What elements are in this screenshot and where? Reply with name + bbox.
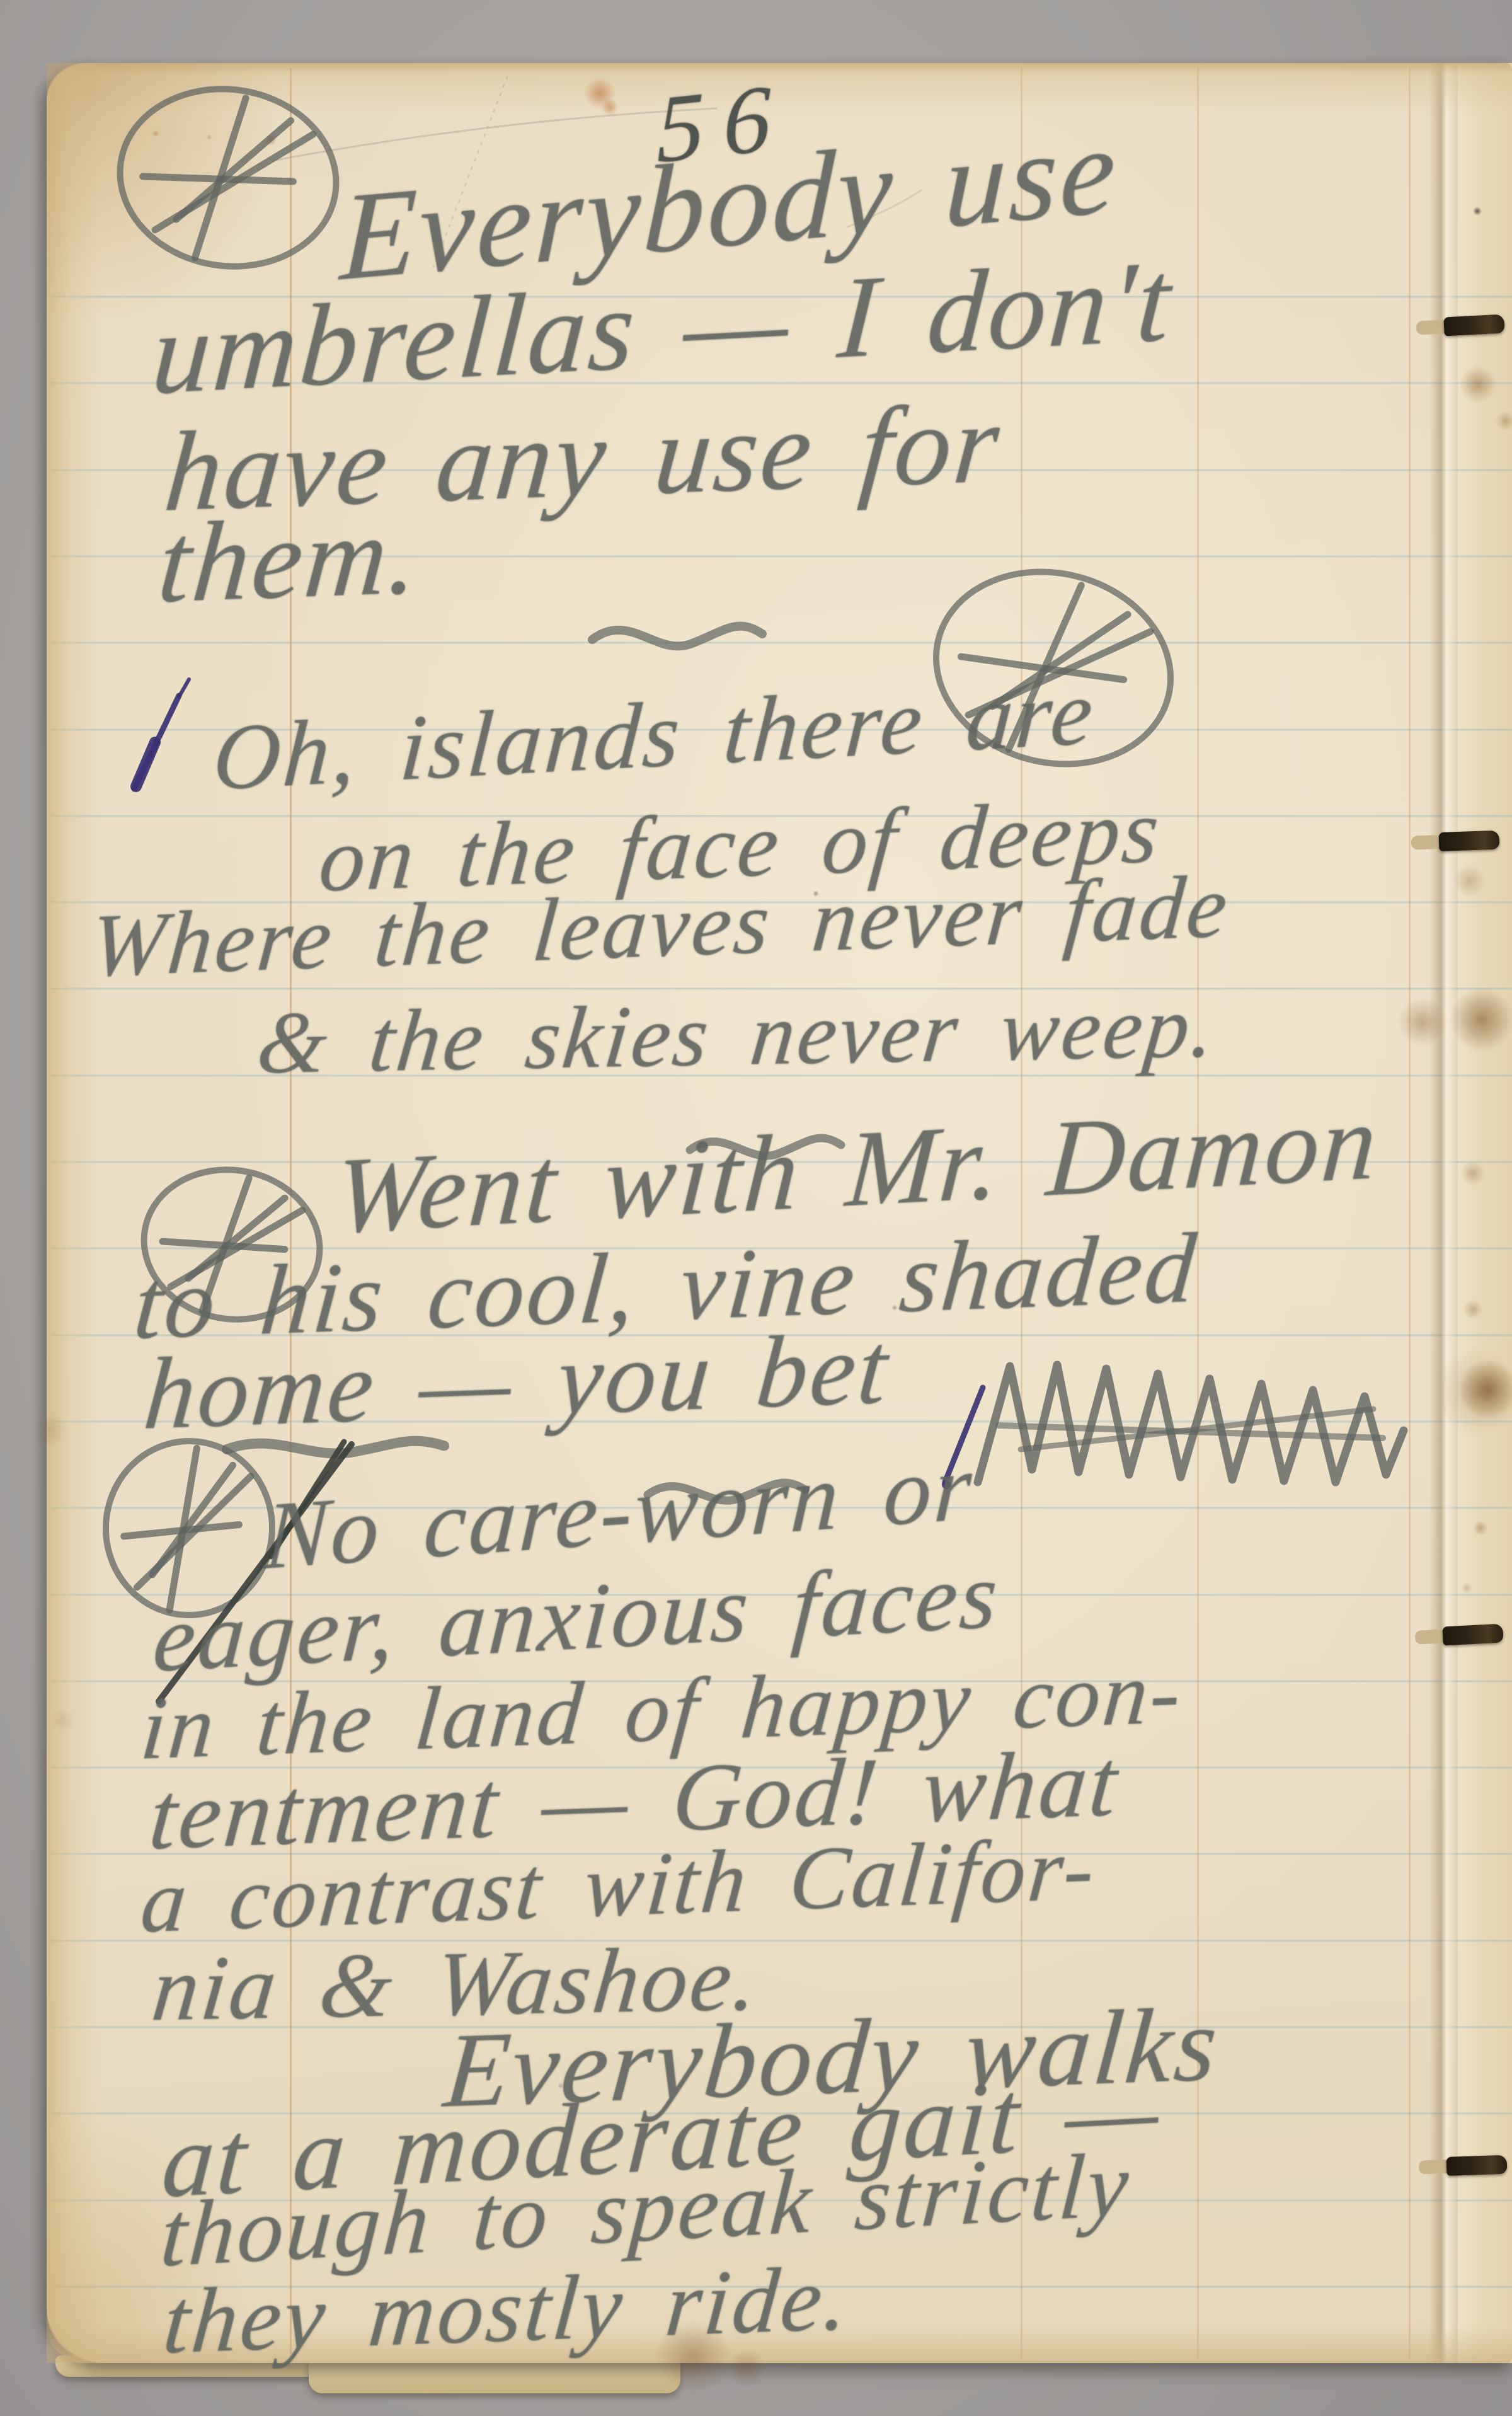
handwriting-line: & the skies never weep. [253,975,1222,1094]
blue-ink-tick [136,742,155,786]
binding-stitch [1411,829,1503,853]
tilde-separator-mark [592,626,762,647]
stitch-thread-dark [1438,831,1499,851]
handwriting-line: them. [154,489,427,629]
stitch-thread-dark [1443,314,1504,337]
binding-stitch [1418,2153,1511,2178]
stitch-thread-dark [1442,1624,1503,1646]
stitch-thread-dark [1446,2155,1507,2176]
notebook-scan: 56 Everybody useumbrellas — I don'thave … [0,0,1512,2416]
scribbled-out-word [978,1365,1404,1482]
circled-asterisk-mark [108,75,348,280]
